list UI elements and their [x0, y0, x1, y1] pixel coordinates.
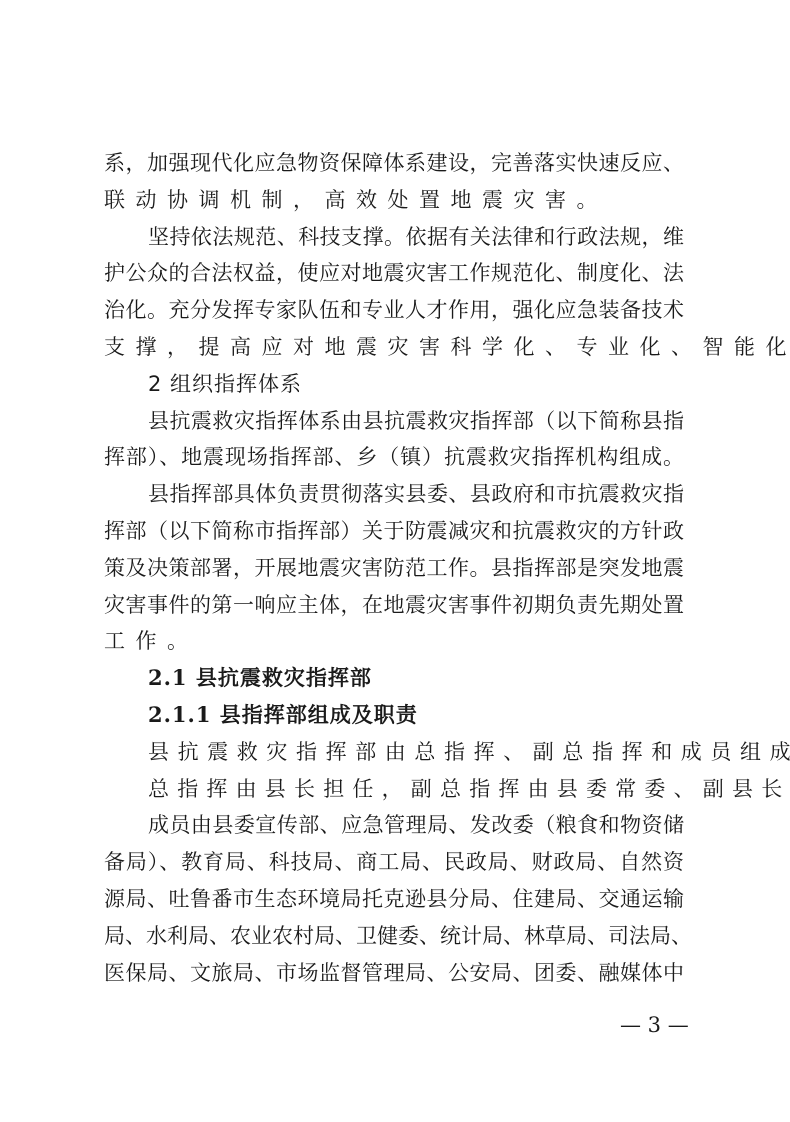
- paragraph-line: 总指挥由县长担任，副总指挥由县委常委、副县长担任。: [148, 771, 684, 808]
- paragraph-first-line: 县指挥部具体负责贯彻落实县委、县政府和市抗震救灾指: [148, 476, 684, 513]
- section-heading: 2 组织指挥体系: [148, 366, 684, 403]
- body-line: 护公众的合法权益，使应对地震灾害工作规范化、制度化、法: [104, 255, 684, 292]
- body-line: 局、水利局、农业农村局、卫健委、统计局、林草局、司法局、: [104, 918, 684, 955]
- body-line: 支撑，提高应对地震灾害科学化、专业化、智能化水平。: [104, 329, 684, 366]
- paragraph-line: 县抗震救灾指挥部由总指挥、副总指挥和成员组成。: [148, 734, 684, 771]
- page-number: — 3 —: [620, 1013, 689, 1037]
- body-line: 源局、吐鲁番市生态环境局托克逊县分局、住建局、交通运输: [104, 881, 684, 918]
- body-line: 挥部）、地震现场指挥部、乡（镇）抗震救灾指挥机构组成。: [104, 439, 684, 476]
- paragraph-first-line: 成员由县委宣传部、应急管理局、发改委（粮食和物资储: [148, 807, 684, 844]
- body-line: 治化。充分发挥专家队伍和专业人才作用，强化应急装备技术: [104, 292, 684, 329]
- paragraph-first-line: 坚持依法规范、科技支撑。依据有关法律和行政法规，维: [148, 219, 684, 256]
- document-body: 系，加强现代化应急物资保障体系建设，完善落实快速反应、 联动协调机制，高效处置地…: [104, 145, 684, 991]
- subsubsection-heading: 2.1.1 县指挥部组成及职责: [148, 697, 684, 734]
- body-line: 策及决策部署，开展地震灾害防范工作。县指挥部是突发地震: [104, 550, 684, 587]
- body-line: 联动协调机制，高效处置地震灾害。: [104, 182, 684, 219]
- paragraph-first-line: 县抗震救灾指挥体系由县抗震救灾指挥部（以下简称县指: [148, 403, 684, 440]
- body-line: 备局）、教育局、科技局、商工局、民政局、财政局、自然资: [104, 844, 684, 881]
- body-line: 系，加强现代化应急物资保障体系建设，完善落实快速反应、: [104, 145, 684, 182]
- body-line: 灾害事件的第一响应主体，在地震灾害事件初期负责先期处置: [104, 587, 684, 624]
- subsection-heading: 2.1 县抗震救灾指挥部: [148, 660, 684, 697]
- body-line: 挥部（以下简称市指挥部）关于防震减灾和抗震救灾的方针政: [104, 513, 684, 550]
- body-line: 医保局、文旅局、市场监督管理局、公安局、团委、融媒体中: [104, 955, 684, 992]
- body-line: 工作。: [104, 623, 684, 660]
